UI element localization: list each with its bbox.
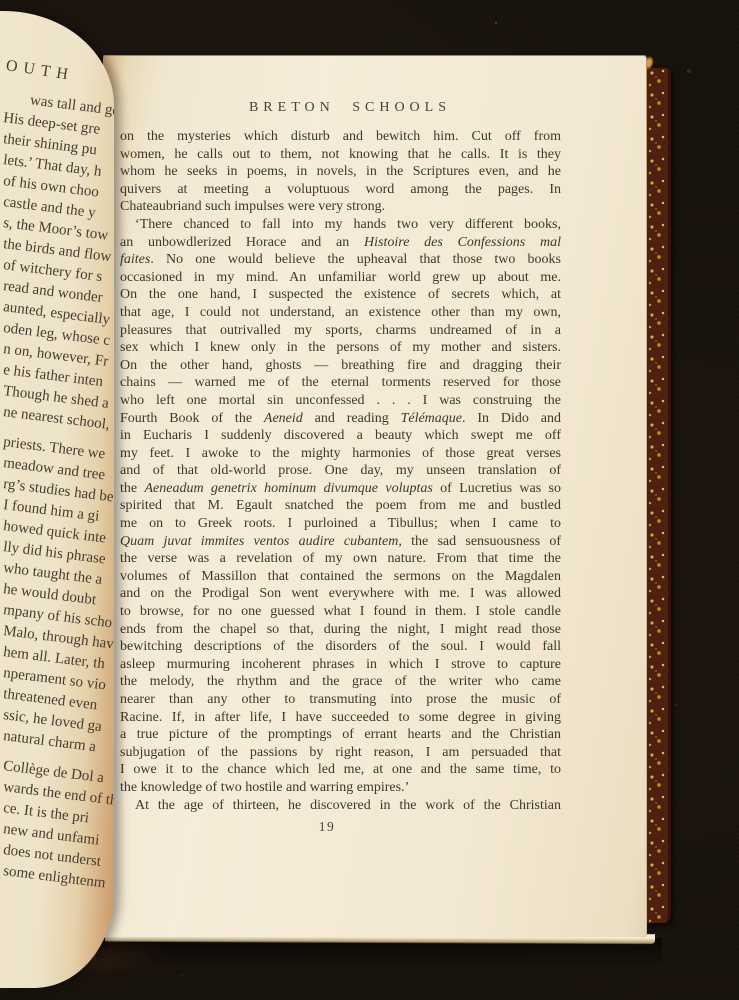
running-header: BRETON SCHOOLS [230,100,470,116]
text-line: spirited that M. Egault snatched the poe… [120,497,561,515]
text-line: Racine. If, in after life, I have succee… [120,709,561,727]
text-line: Quam juvat immites ventos audire cubante… [120,533,561,551]
text-line: pleasures that outrivalled my sports, ch… [120,322,561,340]
text-line: bewitching descriptions of the disorders… [120,638,561,656]
text-line: the verse was a revelation of my own nat… [120,550,561,568]
text-line: ends from the chapel so that, during the… [120,621,561,639]
text-line: nearer than any other to transmuting int… [120,691,561,709]
right-page: BRETON SCHOOLS on the mysteries which di… [103,56,647,937]
text-line: occasioned in my mind. An unfamiliar wor… [120,269,561,287]
left-running-header: OUTH [5,57,75,85]
book-photograph: BRETON SCHOOLS on the mysteries which di… [0,0,739,1000]
text-line: asleep murmuring incoherent phrases in w… [120,656,561,674]
page-number: 19 [303,819,351,835]
book-cover-edge [646,68,671,923]
text-line: who left one mortal sin unconfessed . . … [120,392,561,410]
text-line: whom he seeks in poems, in novels, in th… [120,163,561,181]
text-line: women, he calls out to them, not knowing… [120,146,561,164]
text-line: and of that old-world prose. One day, my… [120,462,561,480]
text-line: me on to Greek roots. I purloined a Tibu… [120,515,561,533]
left-page: OUTH was tall and geHis deep-set grethei… [0,11,114,988]
text-line: and on the Prodigal Son went everywhere … [120,585,561,603]
text-line: an unbowdlerized Horace and an Histoire … [120,234,561,252]
text-line: the Aeneadum genetrix hominum divumque v… [120,480,561,498]
left-body-text: was tall and geHis deep-set gretheir shi… [3,87,114,882]
text-line: my feet. I awoke to the mighty harmonies… [120,445,561,463]
text-line: faites. No one would believe the upheava… [120,251,561,269]
text-line: in Eucharis I suddenly discovered a beau… [120,427,561,445]
text-line: ‘There chanced to fall into my hands two… [120,216,561,234]
text-line: a true picture of the promptings of erra… [120,726,561,744]
text-line: volumes of Massillon that contained the … [120,568,561,586]
text-line: I owe it to the chance which led me, at … [120,761,561,779]
text-line: sex which I knew only in the persons of … [120,339,561,357]
text-line: the knowledge of two hostile and warring… [120,779,561,797]
text-line: Fourth Book of the Aeneid and reading Té… [120,410,561,428]
body-text: on the mysteries which disturb and bewit… [120,128,561,814]
text-line: On the one hand, I suspected the existen… [120,286,561,304]
text-line: the melody, the rhythm and the grace of … [120,673,561,691]
text-line: subjugation of the passions by right rea… [120,744,561,762]
text-line: At the age of thirteen, he discovered in… [120,797,561,815]
text-line: chains — warned me of the eternal tormen… [120,374,561,392]
text-line: quivers at meeting a voluptuous word amo… [120,181,561,199]
text-line: On the other hand, ghosts — breathing fi… [120,357,561,375]
text-line: that age, I could not understand, an exi… [120,304,561,322]
text-line: Chateaubriand such impulses were very st… [120,198,561,216]
text-line: to browse, for no one guessed what I fou… [120,603,561,621]
text-line: on the mysteries which disturb and bewit… [120,128,561,146]
